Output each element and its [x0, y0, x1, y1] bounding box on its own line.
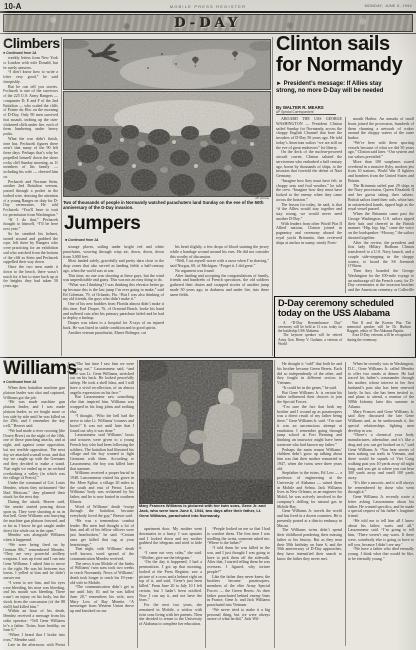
paragraph: Once the two men made it down to the bea… [3, 265, 58, 289]
paragraph: Then they boarded the George Washington … [348, 269, 414, 293]
family-photo-caption: Mary Frances Williams is pictured with h… [139, 504, 271, 518]
paragraph: For the next two years, she remained in … [139, 603, 202, 627]
williams-mid-col1: apartment door. My mother went downstair… [139, 527, 202, 648]
column-rule [274, 360, 275, 648]
column-rule [345, 362, 346, 646]
williams-right-col2: When he recently was in Washington, D.C.… [348, 362, 414, 646]
paragraph: “I went to see him, and his eyes were bl… [3, 581, 65, 610]
paragraph: When their battalion machine gun platoon… [3, 386, 65, 400]
paragraph: Area D-Day veterans will be recognized d… [347, 333, 411, 342]
paragraph: That night, with Williams’ death well kn… [70, 547, 134, 561]
paragraph: “We have a father who died eternally you… [348, 547, 414, 561]
paragraph: But he can tell you stories. Pechacek is… [3, 85, 58, 137]
paragraph: The keynote speaker will be retired Army… [278, 333, 342, 346]
paragraph: War II and the Korean War. The memorial … [347, 321, 411, 334]
clinton-headline-1: Clinton sails [276, 35, 390, 54]
paragraph: But Gene Williams Jr. is certain his fat… [277, 391, 342, 405]
paragraph: One of his new buddies from Florida almo… [63, 302, 164, 321]
paragraph: “I’m sure the fact that both my brother … [277, 405, 342, 448]
paragraph: Like the father they never knew, the bro… [207, 575, 270, 608]
banner-title: D-DAY [175, 16, 242, 31]
jumpers-col1: strange places, sailing under bright red… [63, 245, 164, 355]
paragraph: Late in the afternoon, with Pretot clear… [3, 643, 65, 647]
header-rule [0, 11, 416, 13]
jumpers-headline: Jumpers [64, 215, 140, 233]
clinton-col2: mouth Harbor. An armada of small boats j… [348, 117, 414, 293]
paragraph: his head slightly, a few drops of blood … [170, 245, 269, 259]
paragraph: strange places, sailing under bright red… [63, 245, 164, 259]
paragraph: “I don’t know how to write a letter very… [3, 70, 58, 84]
paragraph: With leaders from other World War II All… [276, 222, 342, 246]
paragraph: weekly letters from New York or London w… [3, 56, 58, 70]
clinton-headline-2: for Normandy [276, 56, 402, 75]
page-date: MONDAY, JUNE 6, 1994 [365, 4, 412, 8]
williams-mid-col2: “People looked on me so that I had to co… [207, 527, 270, 648]
paragraph: “He told me to tell him all I knew about… [348, 519, 414, 548]
paragraph: “I thought, ‘Who the hell had the nerve … [70, 414, 134, 433]
paragraph: “We’re here with these sporting vessels … [348, 141, 414, 160]
paragraph: “The communication didn’t get to me unti… [70, 585, 134, 614]
climbers-text: weekly letters from New York or London w… [3, 56, 58, 355]
williams-kicker: ■ Continued from 1A [3, 380, 37, 384]
paragraph: The Britannia sailed past 29 ships in th… [348, 184, 414, 213]
paragraph: On the deck of the nuclear-powered aircr… [276, 150, 342, 179]
column-rule [272, 37, 273, 356]
column-rule [61, 37, 62, 356]
paragraph: Within an hour of his death, Mendez rece… [3, 609, 65, 633]
paragraph: So he steadied his helmet, turned around… [3, 232, 58, 265]
paragraph: A “D-Day Remembrance Day” ceremony will … [278, 321, 342, 334]
crowd-photo [63, 91, 271, 197]
paragraph: The news from Mobile of the births of Wi… [70, 562, 134, 586]
paragraph: “If I do that,” Pechacek thought to hims… [3, 218, 58, 232]
paragraph: Gene Williams Jr. recently wrote a lette… [348, 495, 414, 519]
paragraph: Williams received a proper burial in 194… [70, 471, 134, 504]
paragraph: “He was made machine gun platoon leader,… [3, 400, 65, 429]
paragraph: “On the day it happened, I had a premoni… [139, 560, 202, 603]
paragraph: “He was a tremendous combat leader. His … [70, 519, 134, 548]
paragraph: Stepfather to the twins, Ed Low — a prof… [277, 471, 342, 509]
paragraph: Perhaps the main reason Williams’ childr… [277, 448, 342, 472]
paragraph: Pechacek and Norman Stein, another 2nd B… [3, 180, 58, 218]
paragraph: “I told them he was killed in the war, a… [207, 546, 270, 575]
column-rule [345, 117, 346, 293]
paragraph: Word of Williams’ death “swept through t… [70, 505, 134, 519]
alabama-ceremony-box: D-Day ceremony scheduled today on the US… [274, 296, 416, 358]
paragraph: The Williams twins didn’t spend their ch… [277, 528, 342, 561]
byline-rule [276, 114, 336, 115]
masthead: MOBILE PRESS REGISTER [0, 4, 416, 9]
paragraph: mouth Harbor. An armada of small boats j… [348, 117, 414, 141]
williams-left-col1: When their battalion machine gun platoon… [3, 386, 65, 646]
paragraph: “We never tried to make it a big persona… [207, 608, 270, 622]
paragraph: When he recently was in Washington, D.C.… [348, 362, 414, 410]
paragraph: Under the command of Col. Louis Mendez, … [3, 481, 65, 500]
jumpers-kicker: ■ Continued from 1A [65, 238, 99, 242]
clinton-subhead: ► President’s message: If Allies stay st… [276, 81, 396, 95]
paragraph: Most landed safely, gracefully and prett… [63, 259, 164, 273]
paragraph: “We had made a river crossing (the Douve… [3, 429, 65, 481]
paragraph: After landing and accepting the congratu… [170, 274, 269, 298]
paragraph: apartment door. My mother went downstair… [139, 527, 202, 551]
paragraph: More than 100 warplanes roared overhead … [348, 160, 414, 184]
jumpers-col2: his head slightly, a few drops of blood … [170, 245, 269, 355]
clinton-col1: ABOARD THE USS GEORGE WASHINGTON — Presi… [276, 117, 342, 293]
paragraph: “People looked on me so that I had to co… [207, 527, 270, 546]
paragraph: “Imagine how they must have felt, in cho… [276, 179, 342, 203]
paratroop-plane-photo [63, 39, 271, 90]
paragraph: What the war didn’t finish, time has. Pe… [3, 137, 58, 180]
paragraph: The lesson for today, he said, is that “… [276, 203, 342, 222]
paragraph: Mary Frances and Gene Williams Jr. said … [348, 410, 414, 434]
williams-headline: Williams [3, 360, 77, 378]
paragraph: Lassommeur said Williams’ boots and trou… [70, 433, 134, 471]
paragraph: During the attack, Beaver said, “the smo… [3, 500, 65, 533]
d-day-banner: D-DAY [3, 14, 413, 32]
column-rule [68, 362, 69, 646]
clinton-byline-title: AP Special Correspondent [276, 110, 314, 114]
paragraph: After the review, the president and firs… [348, 241, 414, 270]
paragraph: “There’s a chemical your body manufactur… [348, 433, 414, 481]
paragraph: Another veteran parachutist, Elmer Bolin… [63, 331, 164, 336]
paragraph: “It’s like a narcotic, and it will alway… [348, 481, 414, 495]
jump-photo-caption: Two of thousands of people in Normandy w… [63, 200, 269, 210]
family-photo [139, 360, 273, 504]
alabama-box-col1: A “D-Day Remembrance Day” ceremony will … [278, 321, 342, 354]
climbers-kicker: ■ Continued from 1A [3, 51, 37, 55]
paragraph: “We were being fired on by German 88s,” … [3, 543, 65, 581]
paragraph: “What was I thinking? I was thinking thi… [63, 283, 164, 302]
climbers-headline: Climbers [3, 37, 60, 50]
column-rule [137, 360, 138, 648]
williams-left-col2: “The last time I saw him we were moving … [70, 362, 134, 646]
paragraph: But Lassommeur saw something else that i… [70, 395, 134, 414]
paragraph: ABOARD THE USS GEORGE WASHINGTON — Presi… [276, 117, 342, 150]
paragraph: Gene Williams Jr. travels the world and … [277, 509, 342, 528]
paragraph: When the Britannia came past the George … [348, 212, 414, 241]
alabama-box-col2: War II and the Korean War. The memorial … [347, 321, 411, 354]
column-rule [205, 527, 206, 648]
paragraph: He thought it “odd” that both he and his… [277, 362, 342, 386]
alabama-box-headline: D-Day ceremony scheduled today on the US… [278, 299, 412, 319]
paragraph: “The last time I saw him we were moving … [70, 362, 134, 395]
williams-right-col1: He thought it “odd” that both he and his… [277, 362, 342, 646]
newspaper-page: 10-A MOBILE PRESS REGISTER MONDAY, JUNE … [0, 0, 416, 650]
